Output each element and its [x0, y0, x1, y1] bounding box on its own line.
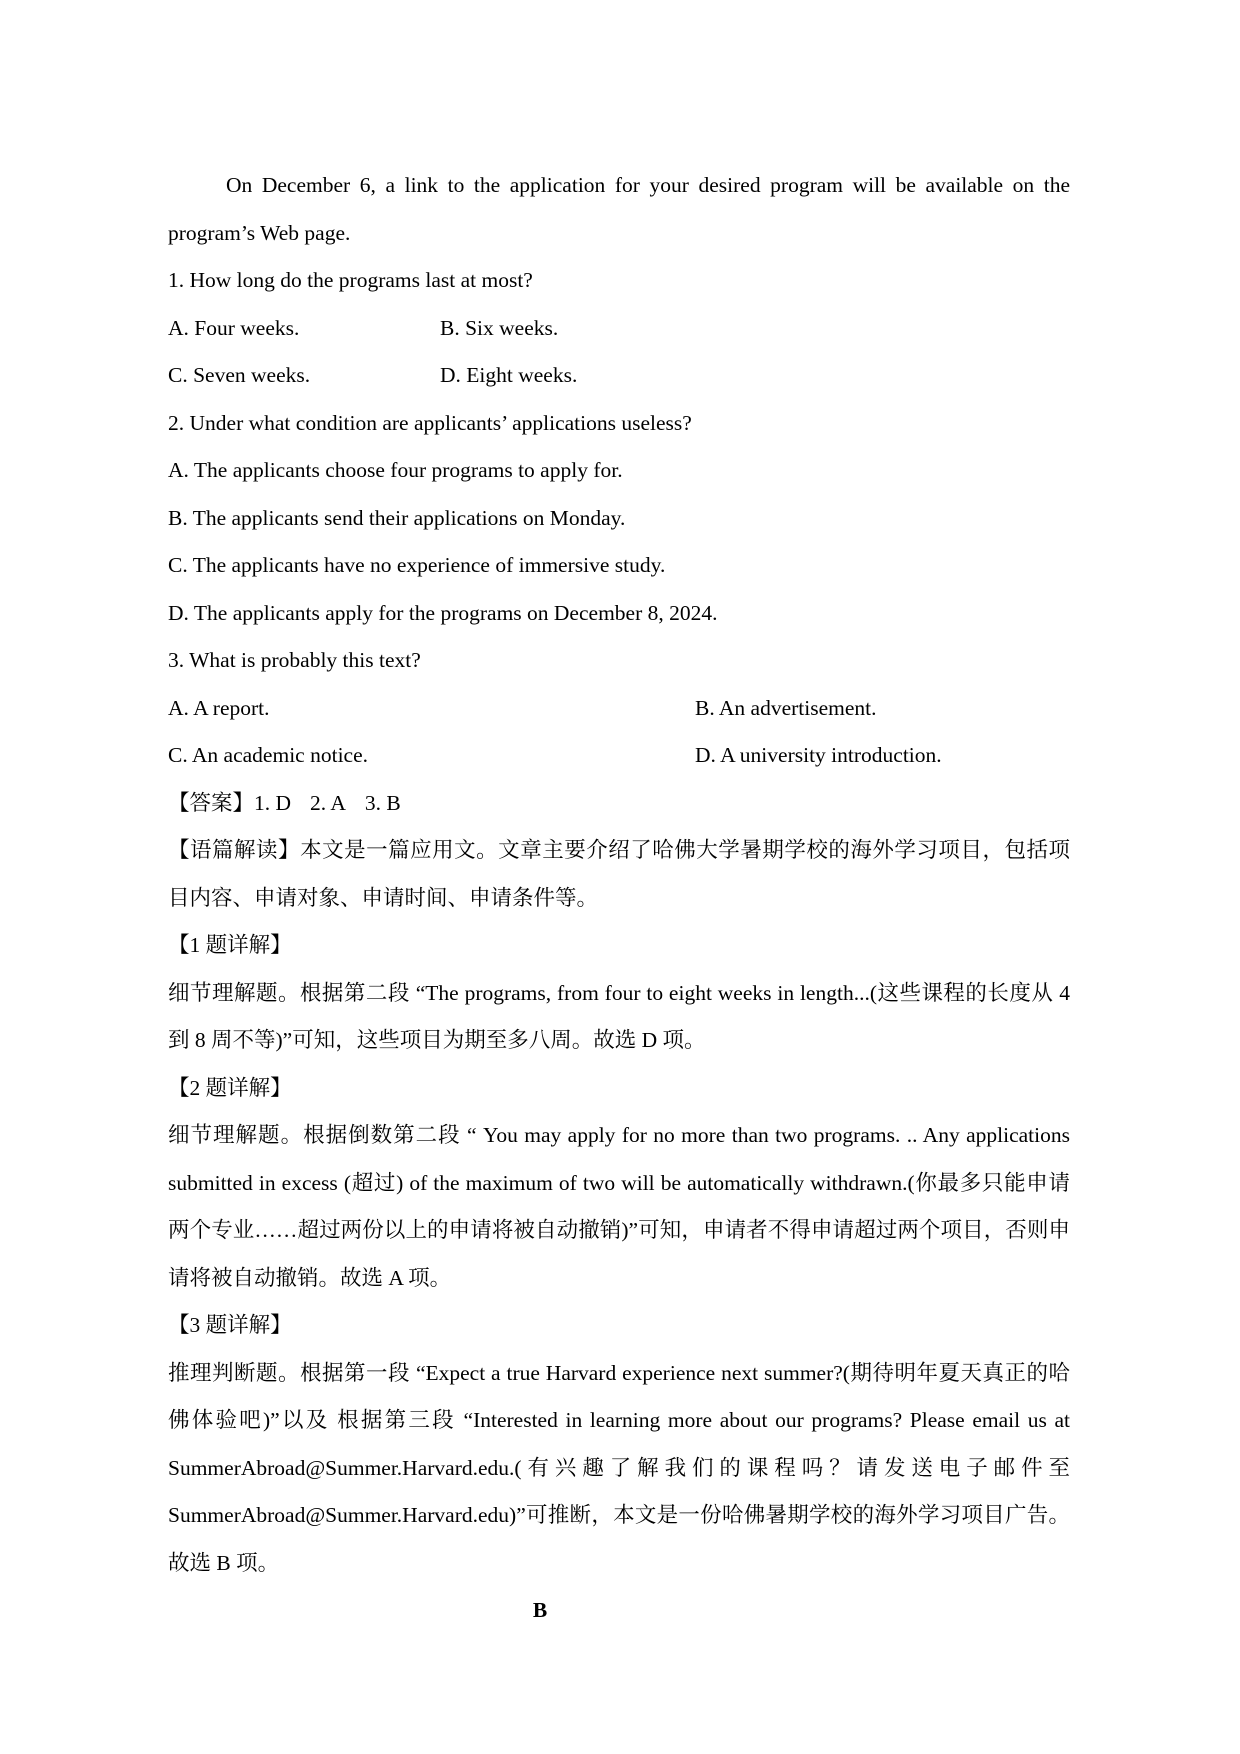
answer-3: 3. B [365, 780, 401, 828]
question-3-option-a: A. A report. [168, 685, 695, 733]
answers-label: 【答案】 [168, 780, 254, 828]
question-3-option-d: D. A university introduction. [695, 732, 942, 780]
question-3-options-row-cd: C. An academic notice. D. A university i… [168, 732, 1070, 780]
passage-analysis: 【语篇解读】本文是一篇应用文。文章主要介绍了哈佛大学暑期学校的海外学习项目，包括… [168, 827, 1070, 922]
question-2-option-c: C. The applicants have no experience of … [168, 542, 1070, 590]
answer-2: 2. A [310, 780, 346, 828]
question-3-option-c: C. An academic notice. [168, 732, 695, 780]
question-3-option-b: B. An advertisement. [695, 685, 877, 733]
question-2-analysis: 细节理解题。根据倒数第二段 “ You may apply for no mor… [168, 1112, 1070, 1302]
question-1-option-d: D. Eight weeks. [440, 352, 577, 400]
question-1-option-c: C. Seven weeks. [168, 352, 440, 400]
question-3-analysis: 推理判断题。根据第一段 “Expect a true Harvard exper… [168, 1350, 1070, 1588]
question-3-text: 3. What is probably this text? [168, 637, 1070, 685]
answers-line: 【答案】 1. D 2. A 3. B [168, 780, 1070, 828]
question-1-analysis-heading: 【1 题详解】 [168, 922, 1070, 970]
question-3-analysis-heading: 【3 题详解】 [168, 1302, 1070, 1350]
passage-intro: On December 6, a link to the application… [168, 162, 1070, 257]
document-page: On December 6, a link to the application… [0, 0, 1240, 1754]
question-1-option-b: B. Six weeks. [440, 305, 558, 353]
question-2-option-b: B. The applicants send their application… [168, 495, 1070, 543]
question-2-analysis-heading: 【2 题详解】 [168, 1065, 1070, 1113]
question-2-option-d: D. The applicants apply for the programs… [168, 590, 1070, 638]
answer-1: 1. D [254, 780, 291, 828]
question-1-text: 1. How long do the programs last at most… [168, 257, 1070, 305]
section-label-b: B [168, 1587, 1070, 1635]
question-1-options-row-cd: C. Seven weeks. D. Eight weeks. [168, 352, 1070, 400]
question-1-options-row-ab: A. Four weeks. B. Six weeks. [168, 305, 1070, 353]
question-3-options-row-ab: A. A report. B. An advertisement. [168, 685, 1070, 733]
question-2-text: 2. Under what condition are applicants’ … [168, 400, 1070, 448]
question-2-option-a: A. The applicants choose four programs t… [168, 447, 1070, 495]
question-1-option-a: A. Four weeks. [168, 305, 440, 353]
question-1-analysis: 细节理解题。根据第二段 “The programs, from four to … [168, 970, 1070, 1065]
